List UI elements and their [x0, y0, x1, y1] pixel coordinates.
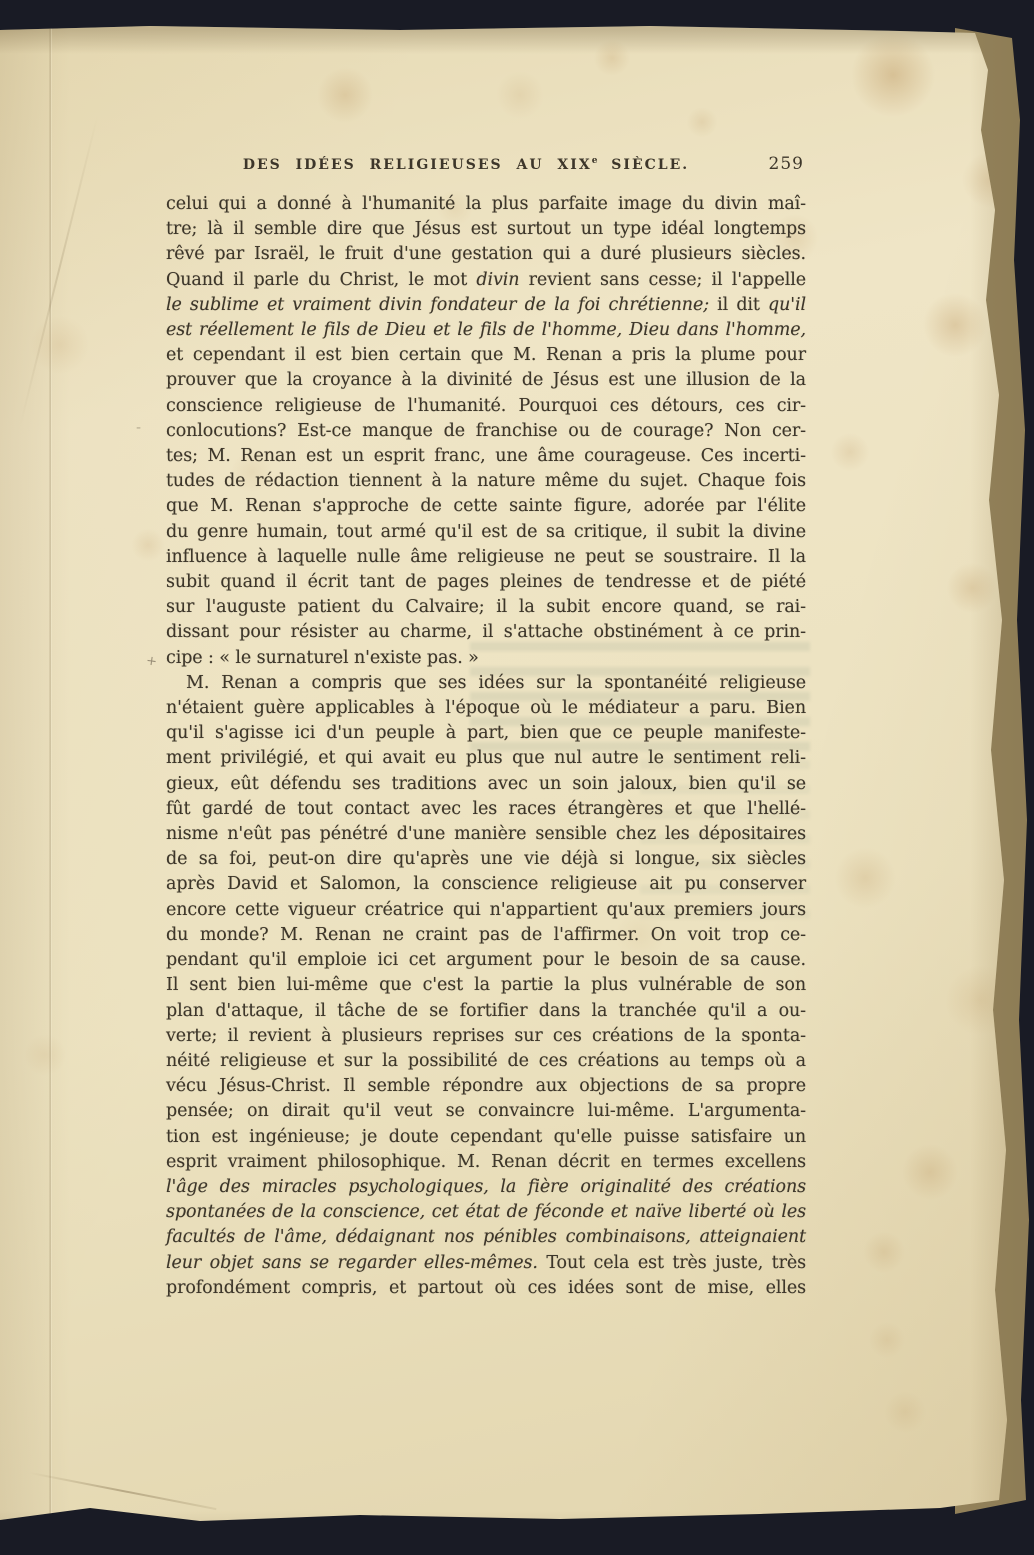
corner-fold-crease	[30, 1472, 217, 1510]
text-run: ment privilégié, et qui avait eu plus qu…	[166, 748, 806, 768]
text-line: spontanées de la conscience, cet état de…	[166, 1200, 806, 1225]
text-run: revient sans cesse; il l'appelle	[519, 270, 806, 290]
text-run: n'étaient guère applicables à l'époque o…	[166, 698, 806, 718]
text-run: Quand il parle du Christ, le mot	[166, 270, 476, 290]
text-run: influence à laquelle nulle âme religieus…	[166, 547, 806, 567]
text-run: celui qui a donné à l'humanité la plus p…	[166, 194, 806, 214]
text-line: que M. Renan s'approche de cette sainte …	[166, 494, 806, 519]
text-run: verte; il revient à plusieurs reprises s…	[166, 1026, 806, 1046]
text-run: conlocutions? Est-ce manque de franchise…	[166, 421, 806, 441]
italic-run: est réellement le fils de Dieu et le fil…	[166, 320, 806, 340]
text-line: subit quand il écrit tant de pages plein…	[166, 570, 806, 595]
text-run: dissant pour résister au charme, il s'at…	[166, 622, 806, 642]
text-run: nisme n'eût pas pénétré d'une manière se…	[166, 824, 806, 844]
text-run: subit quand il écrit tant de pages plein…	[166, 572, 806, 592]
text-run: pensée; on dirait qu'il veut se convainc…	[166, 1101, 806, 1121]
text-run: vécu Jésus-Christ. Il semble répondre au…	[166, 1076, 806, 1096]
text-line: ment privilégié, et qui avait eu plus qu…	[166, 746, 806, 771]
text-line: du genre humain, tout armé qu'il est de …	[166, 520, 806, 545]
text-run: prouver que la croyance à la divinité de…	[166, 370, 806, 390]
text-line: celui qui a donné à l'humanité la plus p…	[166, 192, 806, 217]
text-run: rêvé par Israël, le fruit d'une gestatio…	[166, 244, 806, 264]
text-line: n'étaient guère applicables à l'époque o…	[166, 696, 806, 721]
text-run: tudes de rédaction tiennent à la nature …	[166, 471, 806, 491]
italic-run: qu'il	[768, 295, 806, 315]
text-line: tudes de rédaction tiennent à la nature …	[166, 469, 806, 494]
text-line: esprit vraiment philosophique. M. Renan …	[166, 1150, 806, 1175]
text-line: sur l'auguste patient du Calvaire; il la…	[166, 595, 806, 620]
text-line: facultés de l'âme, dédaignant nos pénibl…	[166, 1225, 806, 1250]
italic-run: le sublime et vraiment divin fondateur d…	[166, 295, 709, 315]
text-line: influence à laquelle nulle âme religieus…	[166, 545, 806, 570]
text-line: tion est ingénieuse; je doute cependant …	[166, 1125, 806, 1150]
text-line: conlocutions? Est-ce manque de franchise…	[166, 419, 806, 444]
text-run: qu'il s'agisse ici d'un peuple à part, b…	[166, 723, 806, 743]
text-run: M. Renan a compris que ses idées sur la …	[186, 673, 806, 693]
page-text: celui qui a donné à l'humanité la plus p…	[166, 192, 806, 1301]
text-line: après David et Salomon, la conscience re…	[166, 872, 806, 897]
text-line: rêvé par Israël, le fruit d'une gestatio…	[166, 242, 806, 267]
text-run: esprit vraiment philosophique. M. Renan …	[166, 1152, 806, 1172]
text-run: Il sent bien lui-même que c'est la parti…	[166, 975, 806, 995]
text-line: l'âge des miracles psychologiques, la fi…	[166, 1175, 806, 1200]
text-run: après David et Salomon, la conscience re…	[166, 874, 806, 894]
text-line: le sublime et vraiment divin fondateur d…	[166, 293, 806, 318]
text-line: gieux, eût défendu ses traditions avec u…	[166, 772, 806, 797]
text-line: conscience religieuse de l'humanité. Pou…	[166, 394, 806, 419]
italic-run: divin	[476, 270, 519, 290]
text-run: Tout cela est très juste, très	[538, 1253, 806, 1273]
italic-run: spontanées de la conscience, cet état de…	[166, 1202, 806, 1222]
text-line: vécu Jésus-Christ. Il semble répondre au…	[166, 1074, 806, 1099]
text-run: pendant qu'il emploie ici cet argument p…	[166, 950, 806, 970]
text-line: pensée; on dirait qu'il veut se convainc…	[166, 1099, 806, 1124]
text-line: Quand il parle du Christ, le mot divin r…	[166, 268, 806, 293]
text-run: plan d'attaque, il tâche de se fortifier…	[166, 1001, 806, 1021]
text-line: fût gardé de tout contact avec les races…	[166, 797, 806, 822]
text-line: plan d'attaque, il tâche de se fortifier…	[166, 999, 806, 1024]
text-run: tre; là il semble dire que Jésus est sur…	[166, 219, 806, 239]
page-header: DES IDÉES RELIGIEUSES AU XIXe SIÈCLE. 25…	[166, 156, 806, 182]
text-line: leur objet sans se regarder elles-mêmes.…	[166, 1251, 806, 1276]
text-run: conscience religieuse de l'humanité. Pou…	[166, 396, 806, 416]
running-title-tail: SIÈCLE.	[597, 157, 689, 173]
text-line: verte; il revient à plusieurs reprises s…	[166, 1024, 806, 1049]
page-number: 259	[769, 154, 804, 174]
text-line: est réellement le fils de Dieu et le fil…	[166, 318, 806, 343]
text-run: il dit	[709, 295, 768, 315]
text-line: tre; là il semble dire que Jésus est sur…	[166, 217, 806, 242]
text-run: gieux, eût défendu ses traditions avec u…	[166, 774, 806, 794]
text-line: dissant pour résister au charme, il s'at…	[166, 620, 806, 645]
text-run: tion est ingénieuse; je doute cependant …	[166, 1127, 806, 1147]
running-title-text: DES IDÉES RELIGIEUSES AU XIX	[243, 157, 592, 173]
text-line: nisme n'eût pas pénétré d'une manière se…	[166, 822, 806, 847]
text-line: du monde? M. Renan ne craint pas de l'af…	[166, 923, 806, 948]
text-line: profondément compris, et partout où ces …	[166, 1276, 806, 1301]
text-line: pendant qu'il emploie ici cet argument p…	[166, 948, 806, 973]
text-run: cipe : « le surnaturel n'existe pas. »	[166, 648, 479, 668]
text-line: qu'il s'agisse ici d'un peuple à part, b…	[166, 721, 806, 746]
book-page: DES IDÉES RELIGIEUSES AU XIXe SIÈCLE. 25…	[0, 0, 1034, 1555]
text-line: de sa foi, peut-on dire qu'après une vie…	[166, 847, 806, 872]
text-run: encore cette vigueur créatrice qui n'app…	[166, 900, 806, 920]
page-crease-diagonal	[19, 115, 98, 426]
text-line: Il sent bien lui-même que c'est la parti…	[166, 973, 806, 998]
text-run: néité religieuse et sur la possibilité d…	[166, 1051, 806, 1071]
running-title: DES IDÉES RELIGIEUSES AU XIXe SIÈCLE.	[166, 156, 806, 173]
text-line: tes; M. Renan est un esprit franc, une â…	[166, 444, 806, 469]
text-run: sur l'auguste patient du Calvaire; il la…	[166, 597, 806, 617]
pencil-mark-dash: -	[136, 420, 141, 436]
italic-run: l'âge des miracles psychologiques, la fi…	[166, 1177, 806, 1197]
text-line: néité religieuse et sur la possibilité d…	[166, 1049, 806, 1074]
page-crease	[49, 26, 52, 1522]
text-run: tes; M. Renan est un esprit franc, une â…	[166, 446, 806, 466]
text-run: profondément compris, et partout où ces …	[166, 1278, 806, 1298]
italic-run: leur objet sans se regarder elles-mêmes.	[166, 1253, 538, 1273]
scan-canvas: { "colors":{ "background":"#191b25", "pa…	[0, 0, 1034, 1555]
text-run: fût gardé de tout contact avec les races…	[166, 799, 806, 819]
text-line: cipe : « le surnaturel n'existe pas. »	[166, 646, 806, 671]
text-run: que M. Renan s'approche de cette sainte …	[166, 496, 806, 516]
text-line: prouver que la croyance à la divinité de…	[166, 368, 806, 393]
text-run: du genre humain, tout armé qu'il est de …	[166, 522, 806, 542]
italic-run: facultés de l'âme, dédaignant nos pénibl…	[166, 1227, 806, 1247]
text-run: de sa foi, peut-on dire qu'après une vie…	[166, 849, 806, 869]
text-line: M. Renan a compris que ses idées sur la …	[166, 671, 806, 696]
text-line: et cependant il est bien certain que M. …	[166, 343, 806, 368]
text-run: et cependant il est bien certain que M. …	[166, 345, 806, 365]
pencil-mark-plus: +	[145, 653, 158, 669]
text-run: du monde? M. Renan ne craint pas de l'af…	[166, 925, 806, 945]
text-line: encore cette vigueur créatrice qui n'app…	[166, 898, 806, 923]
